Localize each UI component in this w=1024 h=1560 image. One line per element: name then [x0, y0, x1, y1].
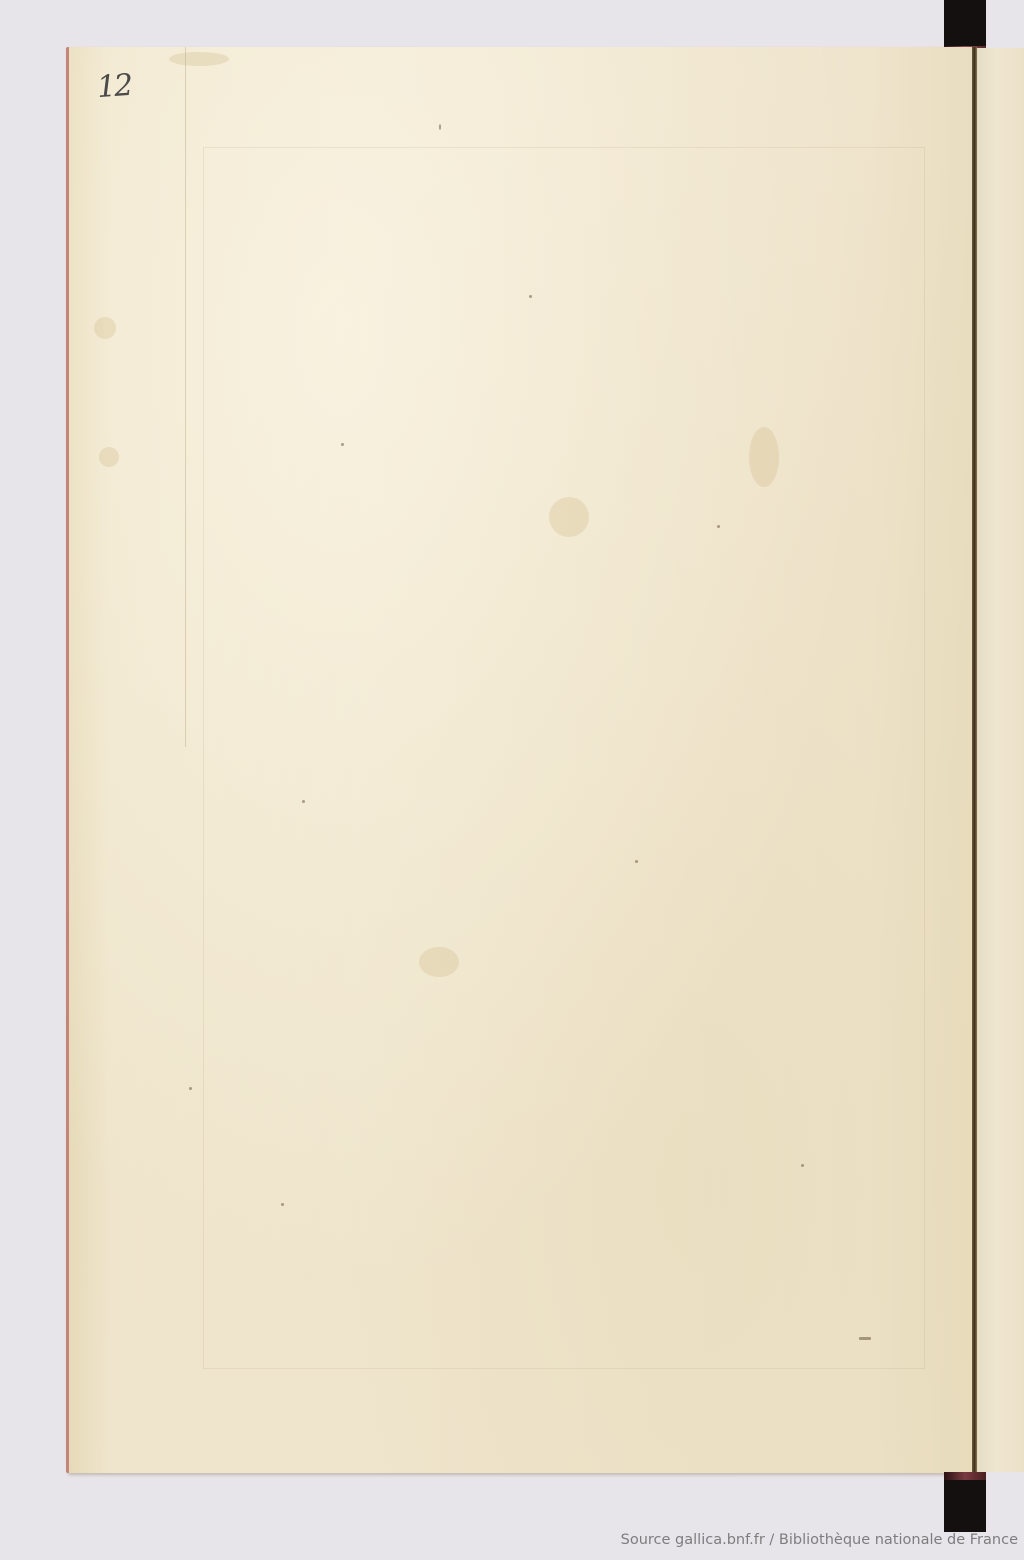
foxing-stain: [169, 52, 229, 66]
foxing-stain: [94, 317, 116, 339]
paper-speck: [801, 1164, 804, 1167]
bookmark-ribbon-bottom: [944, 1472, 986, 1532]
handwritten-folio-number: 12: [96, 68, 133, 105]
bookmark-ribbon-top: [944, 0, 986, 54]
foxing-stain: [549, 497, 589, 537]
paper-speck: [635, 860, 638, 863]
foxing-stain: [749, 427, 779, 487]
page-fold-line: [185, 47, 186, 747]
paper-speck: [302, 800, 305, 803]
source-attribution: Source gallica.bnf.fr / Bibliothèque nat…: [621, 1532, 1018, 1548]
paper-speck: [189, 1087, 192, 1090]
foxing-stain: [419, 947, 459, 977]
foxing-stain: [99, 447, 119, 467]
paper-speck: [529, 295, 532, 298]
paper-speck: [717, 525, 720, 528]
book-page: 12: [66, 47, 973, 1473]
paper-speck: [341, 443, 344, 446]
paper-speck: [859, 1337, 871, 1340]
paper-speck: [439, 124, 441, 130]
scanned-page-viewer: 12 Source gallica.bnf.fr / Bibliothèque …: [0, 0, 1024, 1560]
paper-speck: [281, 1203, 284, 1206]
